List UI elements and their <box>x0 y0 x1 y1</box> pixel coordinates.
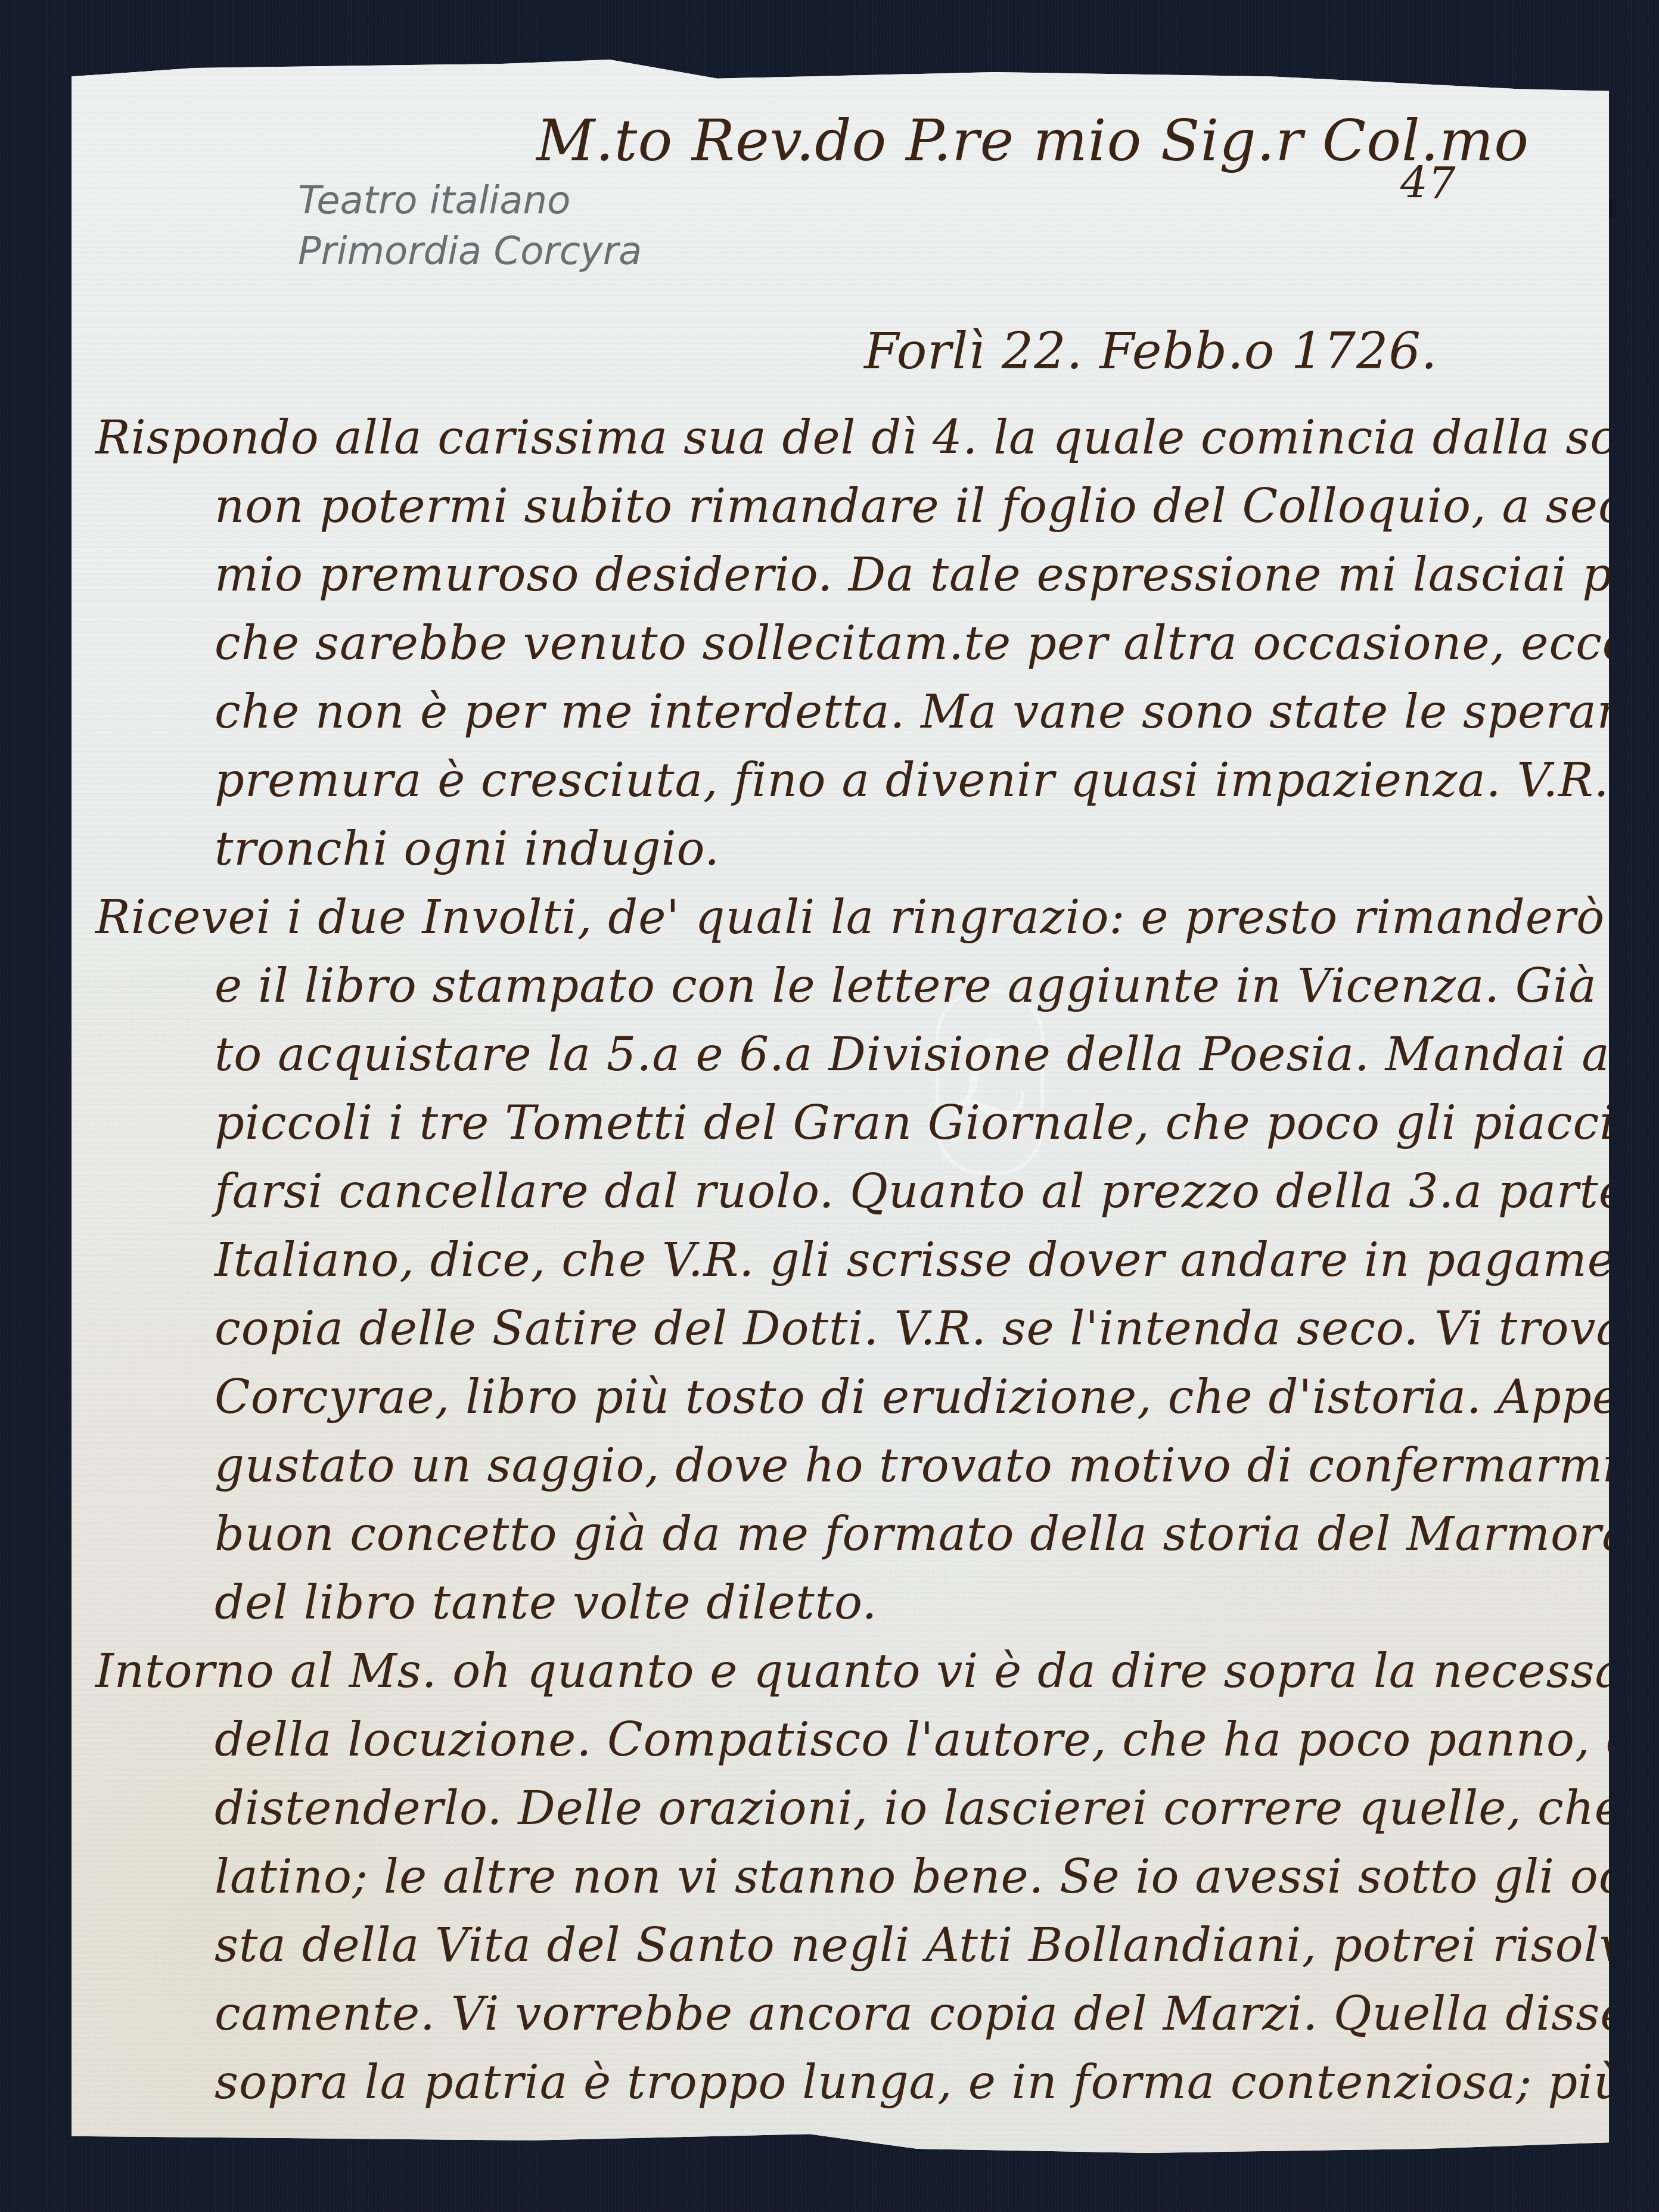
letter-line: premura è cresciuta, fino a divenir quas… <box>215 754 1659 807</box>
letter-line: buon concetto già da me formato della st… <box>215 1508 1659 1561</box>
dateline: Forlì 22. Febb.o 1726. <box>864 322 1438 380</box>
letter-line: e il libro stampato con le lettere aggiu… <box>215 959 1659 1013</box>
letter-line: mio premuroso desiderio. Da tale espress… <box>215 548 1659 602</box>
letter-line: che non è per me interdetta. Ma vane son… <box>215 685 1659 739</box>
letter-line: latino; le altre non vi stanno bene. Se … <box>215 1850 1659 1904</box>
letter-line: Italiano, dice, che V.R. gli scrisse dov… <box>215 1234 1659 1287</box>
folio-number: 47 <box>1400 158 1456 208</box>
letter-line: non potermi subito rimandare il foglio d… <box>215 480 1659 533</box>
letter-line: tronchi ogni indugio. <box>215 822 720 876</box>
salutation: M.to Rev.do P.re mio Sig.r Col.mo <box>536 107 1529 174</box>
letter-line: della locuzione. Compatisco l'autore, ch… <box>215 1713 1659 1767</box>
letter-line: che sarebbe venuto sollecitam.te per alt… <box>215 617 1659 670</box>
manuscript-page: M.to Rev.do P.re mio Sig.r Col.mo 47 Tea… <box>72 60 1609 2157</box>
letter-line: piccoli i tre Tometti del Gran Giornale,… <box>215 1096 1659 1150</box>
letter-line: to acquistare la 5.a e 6.a Divisione del… <box>215 1028 1659 1082</box>
letter-line: sopra la patria è troppo lunga, e in for… <box>215 2056 1659 2110</box>
letter-line: del libro tante volte diletto. <box>215 1576 877 1630</box>
letter-line: Ricevei i due Involti, de' quali la ring… <box>95 891 1659 945</box>
letter-line: sta della Vita del Santo negli Atti Boll… <box>215 1919 1659 1972</box>
letter-line: camente. Vi vorrebbe ancora copia del Ma… <box>215 1987 1659 2041</box>
letter-line: gustato un saggio, dove ho trovato motiv… <box>215 1439 1659 1493</box>
pencil-annotation-line-1: Teatro italiano <box>298 179 570 223</box>
letter-line: Corcyrae, libro più tosto di erudizione,… <box>215 1371 1659 1424</box>
letter-line: copia delle Satire del Dotti. V.R. se l'… <box>215 1302 1659 1356</box>
letter-line: distenderlo. Delle orazioni, io lasciere… <box>215 1782 1659 1835</box>
letter-line: Intorno al Ms. oh quanto e quanto vi è d… <box>95 1645 1659 1698</box>
pencil-annotation-line-2: Primordia Corcyra <box>298 229 642 274</box>
letter-line: Rispondo alla carissima sua del dì 4. la… <box>95 411 1659 465</box>
letter-line: farsi cancellare dal ruolo. Quanto al pr… <box>215 1165 1659 1219</box>
